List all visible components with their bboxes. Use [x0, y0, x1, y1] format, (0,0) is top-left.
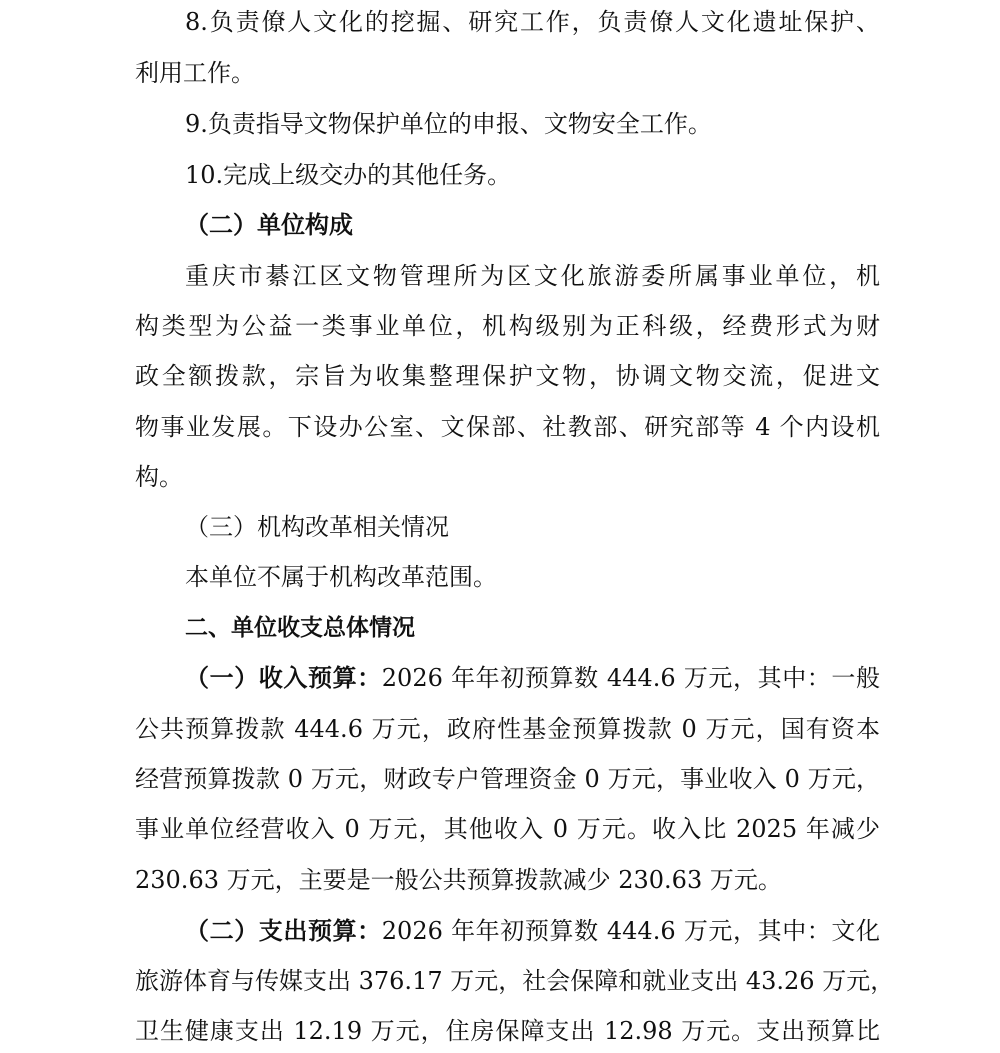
income-budget-line-2: 公共预算拨款 444.6 万元，政府性基金预算拨款 0 万元，国有资本: [135, 704, 880, 754]
income-budget-text: 2026 年年初预算数 444.6 万元，其中：一般: [382, 664, 880, 692]
duty-item-8: 8.负责僚人文化的挖掘、研究工作，负责僚人文化遗址保护、: [185, 0, 880, 47]
duty-item-8-continued: 利用工作。: [135, 48, 880, 98]
income-budget-line-5: 230.63 万元，主要是一般公共预算拨款减少 230.63 万元。: [135, 855, 880, 905]
duty-item-10: 10.完成上级交办的其他任务。: [185, 150, 880, 200]
chapter-heading-income-expenditure: 二、单位收支总体情况: [185, 603, 880, 653]
unit-composition-paragraph-line-5: 构。: [135, 452, 880, 502]
income-budget-line-4: 事业单位经营收入 0 万元，其他收入 0 万元。收入比 2025 年减少: [135, 804, 880, 854]
income-budget-line-1: （一）收入预算：2026 年年初预算数 444.6 万元，其中：一般: [185, 653, 880, 703]
unit-composition-paragraph-line-4: 物事业发展。下设办公室、文保部、社教部、研究部等 4 个内设机: [135, 402, 880, 452]
expenditure-budget-line-2: 旅游体育与传媒支出 376.17 万元，社会保障和就业支出 43.26 万元，: [135, 956, 880, 1006]
expenditure-budget-text: 2026 年年初预算数 444.6 万元，其中：文化: [382, 917, 880, 945]
reform-paragraph: 本单位不属于机构改革范围。: [185, 552, 880, 602]
expenditure-budget-label: （二）支出预算：: [185, 916, 382, 945]
section-heading-reform: （三）机构改革相关情况: [185, 502, 880, 552]
income-budget-label: （一）收入预算：: [185, 663, 382, 692]
unit-composition-paragraph-line-2: 构类型为公益一类事业单位，机构级别为正科级，经费形式为财: [135, 301, 880, 351]
section-heading-unit-composition: （二）单位构成: [185, 200, 880, 250]
duty-item-9: 9.负责指导文物保护单位的申报、文物安全工作。: [185, 99, 880, 149]
expenditure-budget-line-1: （二）支出预算：2026 年年初预算数 444.6 万元，其中：文化: [185, 906, 880, 956]
document-page: 8.负责僚人文化的挖掘、研究工作，负责僚人文化遗址保护、 利用工作。 9.负责指…: [0, 0, 1000, 1053]
unit-composition-paragraph-line-1: 重庆市綦江区文物管理所为区文化旅游委所属事业单位，机: [185, 251, 880, 301]
unit-composition-paragraph-line-3: 政全额拨款，宗旨为收集整理保护文物，协调文物交流，促进文: [135, 351, 880, 401]
expenditure-budget-line-3: 卫生健康支出 12.19 万元，住房保障支出 12.98 万元。支出预算比: [135, 1006, 880, 1053]
income-budget-line-3: 经营预算拨款 0 万元，财政专户管理资金 0 万元，事业收入 0 万元，: [135, 754, 880, 804]
